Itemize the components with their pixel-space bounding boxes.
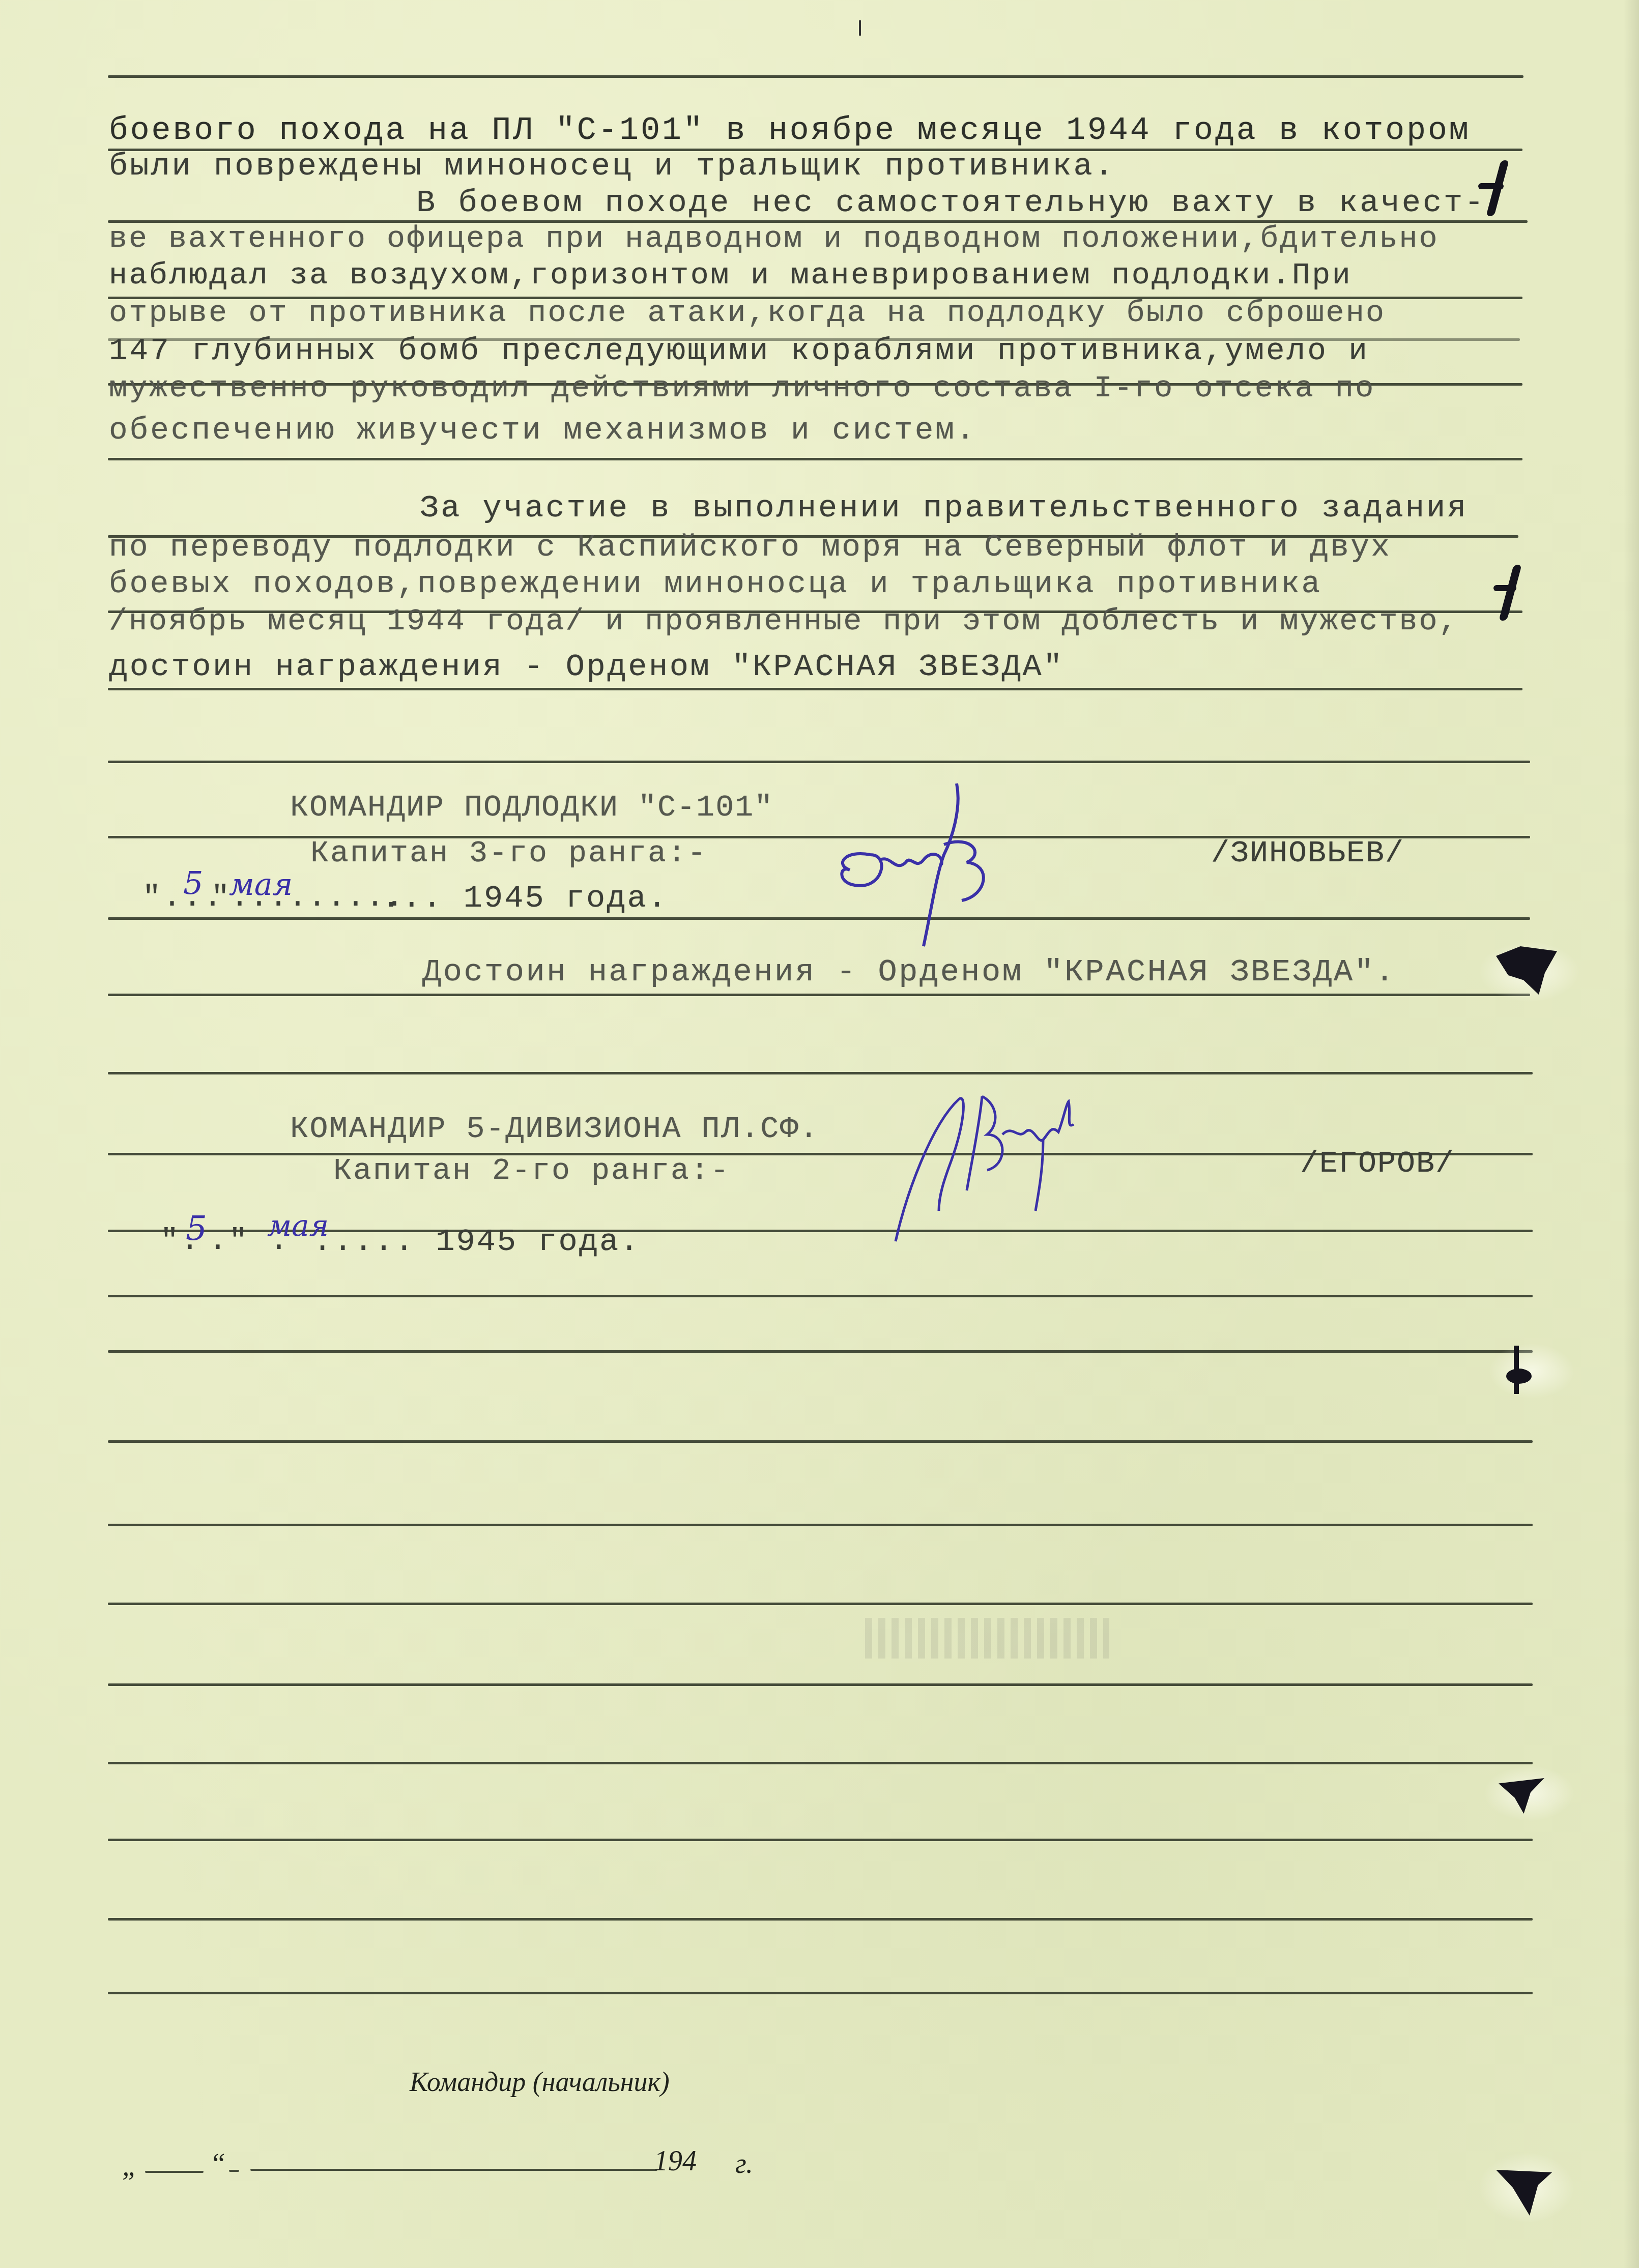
ruled-line	[108, 1295, 1533, 1297]
recommendation-text: Достоин награждения - Орденом "КРАСНАЯ З…	[422, 956, 1396, 988]
ruled-line	[108, 1524, 1533, 1526]
ruled-line	[108, 1072, 1533, 1074]
signature-egorov	[890, 1094, 1175, 1246]
punch-hole	[1506, 1369, 1532, 1384]
handwritten-day: 5	[183, 867, 203, 899]
punch-hole	[1478, 183, 1504, 189]
punch-hole-halo	[1488, 1343, 1575, 1399]
ruled-line	[108, 917, 1530, 920]
text-line: наблюдал за воздухом,горизонтом и маневр…	[109, 260, 1352, 291]
text-line: 147 глубинных бомб преследующими корабля…	[109, 336, 1369, 367]
signer-title: КОМАНДИР ПОДЛОДКИ "С-101"	[290, 793, 773, 823]
ruled-line	[108, 75, 1523, 78]
signer-rank: Капитан 3-го ранга:-	[310, 838, 707, 869]
text-line: мужественно руководил действиями личного…	[109, 373, 1375, 404]
stray-mark	[859, 20, 861, 36]
text-line: были повреждены миноносец и тральщик про…	[109, 151, 1115, 182]
ruled-line	[108, 1683, 1533, 1686]
ruled-line	[108, 1350, 1533, 1353]
text-line: В боевом походе нес самостоятельную вахт…	[416, 187, 1486, 219]
ruled-line	[108, 1918, 1533, 1921]
text-line: отрыве от противника после атаки,когда н…	[109, 298, 1386, 329]
paper-edge	[1624, 0, 1639, 2268]
date-open-quote: „	[122, 2152, 138, 2180]
ruled-line	[108, 1603, 1533, 1605]
text-line: обеспечению живучести механизмов и систе…	[109, 415, 976, 446]
date-month-line	[229, 2170, 239, 2172]
handwritten-month: мая	[229, 869, 293, 900]
date-suffix: ..... 1945 года.	[313, 1226, 640, 1258]
signer-rank: Капитан 2-го ранга:-	[333, 1156, 730, 1186]
document-page: боевого похода на ПЛ "С-101" в ноябре ме…	[0, 0, 1639, 2268]
year-prefix: 194	[654, 2147, 697, 2175]
faint-show-through	[865, 1618, 1109, 1659]
punch-hole	[1493, 585, 1516, 591]
text-line: ве вахтенного офицера при надводном и по…	[109, 224, 1439, 254]
ruled-line	[108, 761, 1530, 763]
signer-name: /ЗИНОВЬЕВ/	[1211, 838, 1404, 869]
text-line: боевых походов,повреждении миноносца и т…	[109, 569, 1322, 600]
signature-zinoviev	[835, 778, 1069, 951]
handwritten-day: 5	[186, 1212, 207, 1245]
date-suffix: ... 1945 года.	[382, 883, 668, 914]
commander-label: Командир (начальник)	[410, 2068, 670, 2096]
date-month-line	[250, 2169, 657, 2171]
date-day-line	[145, 2171, 204, 2173]
signer-title: КОМАНДИР 5-ДИВИЗИОНА ПЛ.СФ.	[290, 1114, 819, 1145]
ruled-line	[108, 1839, 1533, 1841]
text-line: /ноябрь месяц 1944 года/ и проявленные п…	[109, 606, 1458, 637]
text-line: боевого похода на ПЛ "С-101" в ноябре ме…	[109, 114, 1471, 147]
ruled-line	[108, 1440, 1533, 1443]
year-suffix: г.	[735, 2149, 753, 2178]
ruled-line	[108, 994, 1530, 996]
date-line: ". 5 ." . мая ..... 1945 года.	[160, 1226, 201, 1257]
ruled-line	[108, 688, 1522, 690]
ruled-line	[108, 1762, 1533, 1764]
ruled-line	[108, 1992, 1533, 1994]
text-line: достоин награждения - Орденом "КРАСНАЯ З…	[109, 651, 1064, 683]
text-line: по переводу подлодки с Каспийского моря …	[109, 532, 1391, 563]
signer-name: /ЕГОРОВ/	[1300, 1149, 1455, 1179]
date-close-quote: “	[210, 2149, 225, 2178]
text-line: За участие в выполнении правительственно…	[420, 492, 1468, 524]
date-line: "... 5 "......... мая ... 1945 года.	[142, 883, 224, 913]
ruled-line	[108, 458, 1522, 460]
